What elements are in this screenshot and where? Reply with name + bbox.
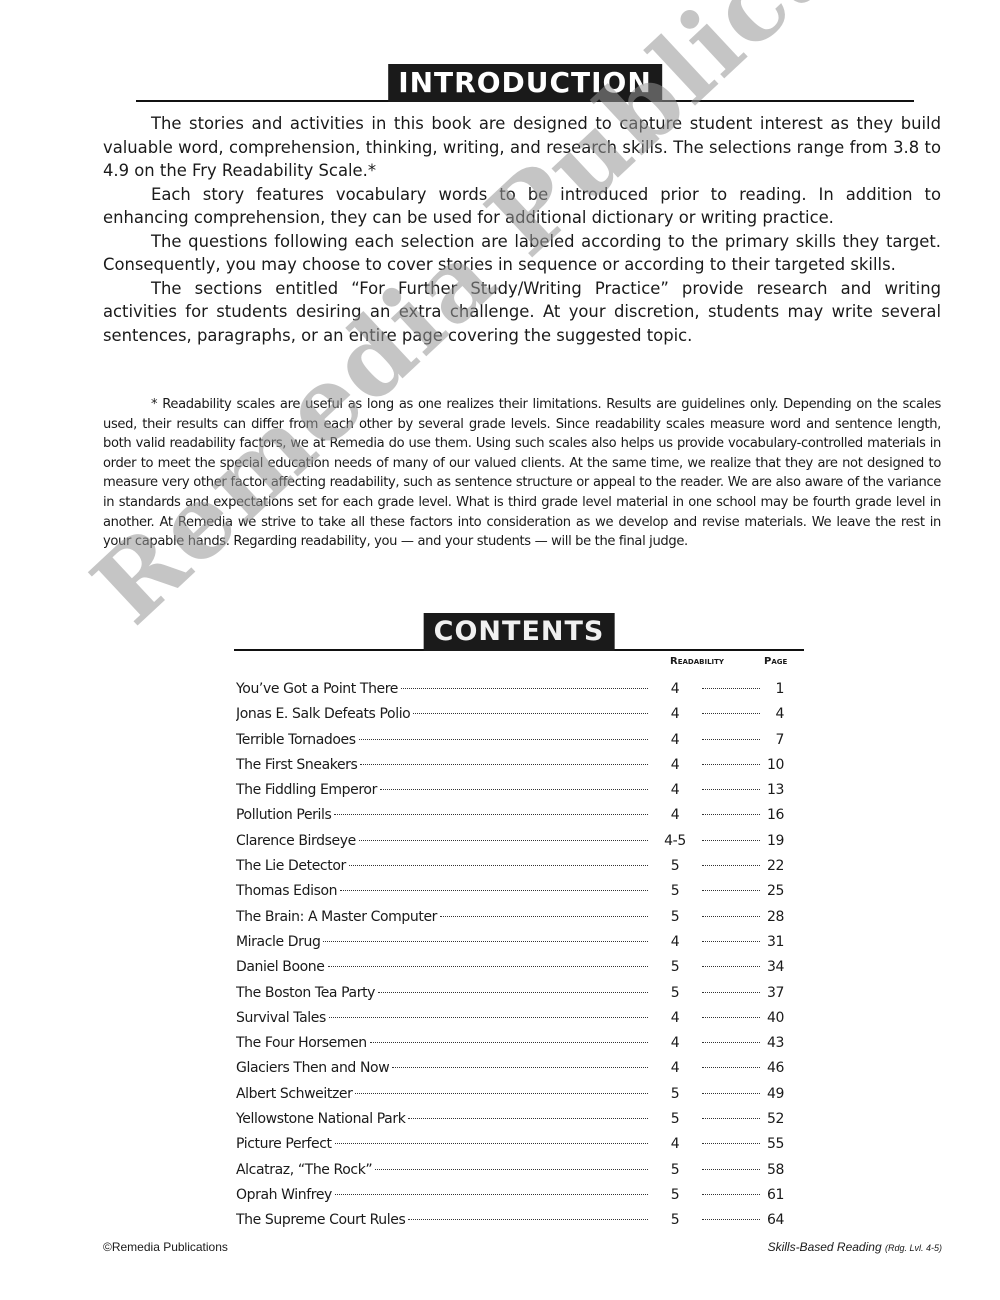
contents-heading-rule: CONTENTS: [234, 611, 804, 651]
toc-entry-page: 31: [760, 931, 784, 953]
toc-entry-page: 34: [760, 956, 784, 978]
toc-entry-readability: 4: [648, 703, 702, 725]
toc-entry-title: Terrible Tornadoes: [236, 729, 359, 751]
toc-entry-readability: 4: [648, 729, 702, 751]
dot-leader: [702, 688, 760, 689]
toc-entry-page: 55: [760, 1133, 784, 1155]
toc-entry-page: 61: [760, 1184, 784, 1206]
intro-paragraph: The stories and activities in this book …: [103, 112, 941, 183]
dot-leader: [380, 789, 648, 790]
dot-leader: [440, 916, 648, 917]
toc-entry: Alcatraz, “The Rock”558: [236, 1159, 784, 1184]
dot-leader: [702, 1194, 760, 1195]
toc-entry-title: Pollution Perils: [236, 804, 334, 826]
toc-entry-page: 64: [760, 1209, 784, 1231]
toc-entry: Miracle Drug431: [236, 931, 784, 956]
introduction-heading: INTRODUCTION: [388, 64, 662, 102]
toc-entry-page: 19: [760, 830, 784, 852]
toc-entry-page: 7: [760, 729, 784, 751]
toc-entry-readability: 5: [648, 1083, 702, 1105]
intro-paragraph: The sections entitled “For Further Study…: [103, 277, 941, 348]
dot-leader: [340, 890, 648, 891]
toc-entry-title: Clarence Birdseye: [236, 830, 359, 852]
toc-entry: Glaciers Then and Now446: [236, 1057, 784, 1082]
dot-leader: [702, 941, 760, 942]
dot-leader: [413, 713, 648, 714]
dot-leader: [378, 992, 648, 993]
toc-entry: The Supreme Court Rules564: [236, 1209, 784, 1234]
toc-entry-title: The Four Horsemen: [236, 1032, 370, 1054]
dot-leader: [401, 688, 648, 689]
toc-entry-readability: 4: [648, 804, 702, 826]
toc-entry: The Fiddling Emperor413: [236, 779, 784, 804]
dot-leader: [702, 789, 760, 790]
toc-entry-title: You’ve Got a Point There: [236, 678, 401, 700]
toc-entry-page: 52: [760, 1108, 784, 1130]
toc-entry-title: Jonas E. Salk Defeats Polio: [236, 703, 413, 725]
table-of-contents: You’ve Got a Point There41Jonas E. Salk …: [236, 678, 784, 1235]
toc-entry-page: 28: [760, 906, 784, 928]
toc-entry-readability: 5: [648, 1184, 702, 1206]
dot-leader: [334, 814, 648, 815]
toc-entry-page: 25: [760, 880, 784, 902]
toc-entry-page: 1: [760, 678, 784, 700]
toc-entry-readability: 5: [648, 1209, 702, 1231]
toc-entry-page: 4: [760, 703, 784, 725]
dot-leader: [702, 1169, 760, 1170]
toc-entry: Pollution Perils416: [236, 804, 784, 829]
toc-entry-readability: 4-5: [648, 830, 702, 852]
toc-entry-title: Daniel Boone: [236, 956, 328, 978]
intro-paragraph: The questions following each selection a…: [103, 230, 941, 277]
toc-entry: The Boston Tea Party537: [236, 982, 784, 1007]
toc-entry-title: The Fiddling Emperor: [236, 779, 380, 801]
toc-entry-page: 10: [760, 754, 784, 776]
dot-leader: [335, 1143, 648, 1144]
dot-leader: [702, 916, 760, 917]
dot-leader: [335, 1194, 648, 1195]
dot-leader: [702, 890, 760, 891]
toc-entry-readability: 4: [648, 678, 702, 700]
toc-entry: Terrible Tornadoes47: [236, 729, 784, 754]
toc-entry-readability: 5: [648, 880, 702, 902]
toc-entry-readability: 4: [648, 779, 702, 801]
dot-leader: [702, 992, 760, 993]
toc-entry-title: The Lie Detector: [236, 855, 349, 877]
toc-entry-readability: 5: [648, 956, 702, 978]
toc-entry-page: 43: [760, 1032, 784, 1054]
dot-leader: [408, 1219, 648, 1220]
toc-entry: The Brain: A Master Computer528: [236, 906, 784, 931]
dot-leader: [702, 814, 760, 815]
toc-entry-readability: 5: [648, 906, 702, 928]
dot-leader: [408, 1118, 648, 1119]
toc-entry-title: Miracle Drug: [236, 931, 323, 953]
dot-leader: [702, 1118, 760, 1119]
toc-entry-readability: 4: [648, 1057, 702, 1079]
readability-footnote: * Readability scales are useful as long …: [103, 395, 941, 552]
toc-entry-title: Glaciers Then and Now: [236, 1057, 392, 1079]
dot-leader: [702, 1093, 760, 1094]
dot-leader: [323, 941, 648, 942]
dot-leader: [702, 1143, 760, 1144]
contents-heading: CONTENTS: [424, 613, 615, 651]
toc-entry: Survival Tales440: [236, 1007, 784, 1032]
toc-entry-readability: 4: [648, 931, 702, 953]
dot-leader: [702, 1067, 760, 1068]
intro-paragraph: Each story features vocabulary words to …: [103, 183, 941, 230]
dot-leader: [702, 1017, 760, 1018]
toc-entry-page: 40: [760, 1007, 784, 1029]
dot-leader: [702, 1042, 760, 1043]
dot-leader: [349, 865, 648, 866]
footer-reading-level: (Rdg. Lvl. 4-5): [885, 1243, 942, 1253]
toc-entry-readability: 5: [648, 1108, 702, 1130]
toc-entry-readability: 5: [648, 1159, 702, 1181]
toc-entry-title: Survival Tales: [236, 1007, 329, 1029]
dot-leader: [355, 1093, 648, 1094]
toc-entry-title: The Supreme Court Rules: [236, 1209, 408, 1231]
dot-leader: [359, 840, 648, 841]
dot-leader: [702, 764, 760, 765]
introduction-heading-rule: INTRODUCTION: [136, 60, 914, 102]
toc-entry-page: 49: [760, 1083, 784, 1105]
toc-entry-page: 22: [760, 855, 784, 877]
toc-entry: The Four Horsemen443: [236, 1032, 784, 1057]
toc-entry-title: The Brain: A Master Computer: [236, 906, 440, 928]
toc-entry-title: Albert Schweitzer: [236, 1083, 355, 1105]
footer-book-info: Skills-Based Reading (Rdg. Lvl. 4-5): [768, 1240, 942, 1254]
toc-entry: You’ve Got a Point There41: [236, 678, 784, 703]
dot-leader: [329, 1017, 648, 1018]
toc-entry-title: Yellowstone National Park: [236, 1108, 408, 1130]
toc-entry-title: Picture Perfect: [236, 1133, 335, 1155]
dot-leader: [702, 1219, 760, 1220]
dot-leader: [370, 1042, 648, 1043]
dot-leader: [360, 764, 648, 765]
toc-entry-readability: 5: [648, 855, 702, 877]
toc-entry: Jonas E. Salk Defeats Polio44: [236, 703, 784, 728]
toc-entry: The Lie Detector522: [236, 855, 784, 880]
toc-entry-page: 37: [760, 982, 784, 1004]
dot-leader: [375, 1169, 648, 1170]
dot-leader: [702, 739, 760, 740]
contents-column-headers: Readability Page: [234, 656, 804, 672]
toc-entry-title: Oprah Winfrey: [236, 1184, 335, 1206]
dot-leader: [359, 739, 648, 740]
toc-entry-page: 58: [760, 1159, 784, 1181]
introduction-body: The stories and activities in this book …: [103, 112, 941, 347]
toc-entry: Daniel Boone534: [236, 956, 784, 981]
dot-leader: [702, 865, 760, 866]
toc-entry-page: 13: [760, 779, 784, 801]
dot-leader: [328, 966, 649, 967]
dot-leader: [702, 840, 760, 841]
toc-entry-readability: 4: [648, 1032, 702, 1054]
dot-leader: [702, 713, 760, 714]
toc-entry-title: The First Sneakers: [236, 754, 360, 776]
footnote-text: * Readability scales are useful as long …: [103, 395, 941, 552]
toc-entry-title: Alcatraz, “The Rock”: [236, 1159, 375, 1181]
toc-entry-readability: 5: [648, 982, 702, 1004]
toc-entry: Picture Perfect455: [236, 1133, 784, 1158]
footer-book-title: Skills-Based Reading: [768, 1240, 882, 1254]
toc-entry-readability: 4: [648, 1007, 702, 1029]
dot-leader: [702, 966, 760, 967]
toc-entry-page: 16: [760, 804, 784, 826]
toc-entry-title: Thomas Edison: [236, 880, 340, 902]
toc-entry-readability: 4: [648, 754, 702, 776]
toc-entry: Clarence Birdseye4-519: [236, 830, 784, 855]
dot-leader: [392, 1067, 648, 1068]
toc-entry: Yellowstone National Park552: [236, 1108, 784, 1133]
readability-column-header: Readability: [670, 656, 724, 667]
footer-copyright: ©Remedia Publications: [103, 1240, 228, 1254]
toc-entry: The First Sneakers410: [236, 754, 784, 779]
toc-entry-readability: 4: [648, 1133, 702, 1155]
toc-entry: Thomas Edison525: [236, 880, 784, 905]
toc-entry: Oprah Winfrey561: [236, 1184, 784, 1209]
toc-entry-title: The Boston Tea Party: [236, 982, 378, 1004]
page-column-header: Page: [764, 656, 787, 667]
toc-entry-page: 46: [760, 1057, 784, 1079]
toc-entry: Albert Schweitzer549: [236, 1083, 784, 1108]
